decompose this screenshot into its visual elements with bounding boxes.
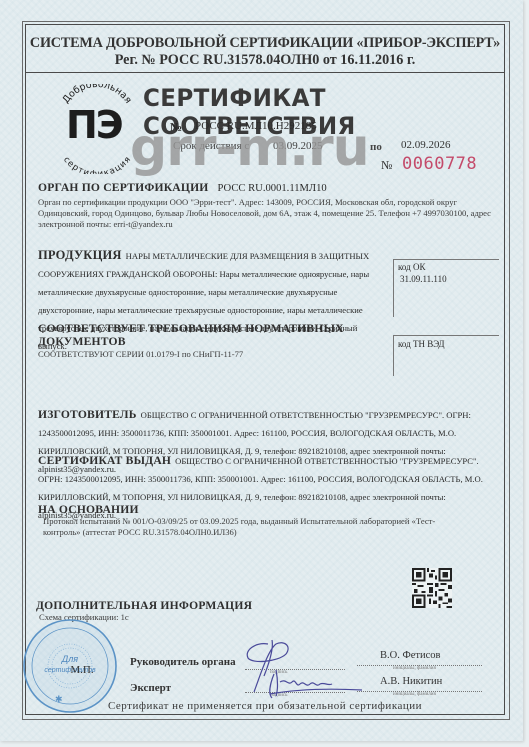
manufacturer-title: ИЗГОТОВИТЕЛЬ [38, 408, 137, 421]
pe-logo-icon: Добровольная сертификация ПЭ [52, 84, 142, 174]
ok-code-value: 31.09.11.110 [400, 274, 447, 284]
expert-role-label: Эксперт [130, 682, 171, 694]
expert-signature-icon [262, 664, 372, 704]
footer-note: Сертификат не применяется при обязательн… [25, 700, 505, 712]
certification-body-title: ОРГАН ПО СЕРТИФИКАЦИИ [38, 181, 209, 194]
conformity-title: СООТВЕТСТВУЕТ ТРЕБОВАНИЯМ НОРМАТИВНЫХ ДО… [38, 322, 398, 348]
basis-section: НА ОСНОВАНИИ Протокол испытаний № 001/О-… [38, 503, 458, 538]
expert-name: А.В. Никитин [380, 676, 442, 687]
system-name: СИСТЕМА ДОБРОВОЛЬНОЙ СЕРТИФИКАЦИИ «ПРИБО… [25, 35, 505, 52]
certification-body-reg: РОСС RU.0001.11МЛ10 [218, 183, 327, 194]
stamp-mp: М.П. [70, 664, 93, 676]
expert-name-caption: инициалы, фамилия [393, 692, 436, 697]
form-number-label: № [381, 158, 392, 173]
tnved-code-box: код ТН ВЭД [393, 335, 499, 376]
tnved-code-label: код ТН ВЭД [398, 339, 445, 349]
ok-code-box: код ОК 31.09.11.110 [393, 259, 499, 317]
ok-code-label: код ОК [398, 262, 426, 272]
stamp-center-top: Для [61, 654, 78, 664]
form-number: 0060778 [402, 154, 477, 174]
watermark: grr-m.ru [130, 122, 369, 174]
head-name-caption: инициалы, фамилия [393, 666, 436, 671]
conformity-section: СООТВЕТСТВУЕТ ТРЕБОВАНИЯМ НОРМАТИВНЫХ ДО… [38, 322, 398, 360]
certification-body-section: ОРГАН ПО СЕРТИФИКАЦИИ РОСС RU.0001.11МЛ1… [38, 178, 498, 230]
valid-to: 02.09.2026 [401, 139, 451, 151]
basis-title: НА ОСНОВАНИИ [38, 503, 458, 516]
certification-body-text: Орган по сертификации продукции ООО "Эрр… [38, 197, 498, 230]
head-role-label: Руководитель органа [130, 656, 236, 668]
head-name: В.О. Фетисов [380, 650, 441, 661]
system-registration: Рег. № РОСС RU.31578.04ОЛН0 от 16.11.201… [25, 52, 505, 69]
issued-to-title: СЕРТИФИКАТ ВЫДАН [38, 454, 171, 467]
qr-code-icon[interactable] [412, 568, 452, 608]
certificate-header: СИСТЕМА ДОБРОВОЛЬНОЙ СЕРТИФИКАЦИИ «ПРИБО… [25, 24, 505, 73]
valid-to-label: по [370, 141, 382, 153]
product-title: ПРОДУКЦИЯ [38, 248, 122, 262]
additional-info-title: ДОПОЛНИТЕЛЬНАЯ ИНФОРМАЦИЯ [36, 599, 336, 612]
svg-text:сертификация: сертификация [61, 155, 133, 174]
conformity-text: СООТВЕТСТВУЮТ СЕРИИ 01.0179-I по СНиГП-1… [38, 349, 398, 360]
logo-bottom-text: сертификация [61, 155, 133, 174]
basis-text: Протокол испытаний № 001/О-03/09/25 от 0… [38, 516, 458, 538]
logo-mark: ПЭ [66, 103, 122, 147]
